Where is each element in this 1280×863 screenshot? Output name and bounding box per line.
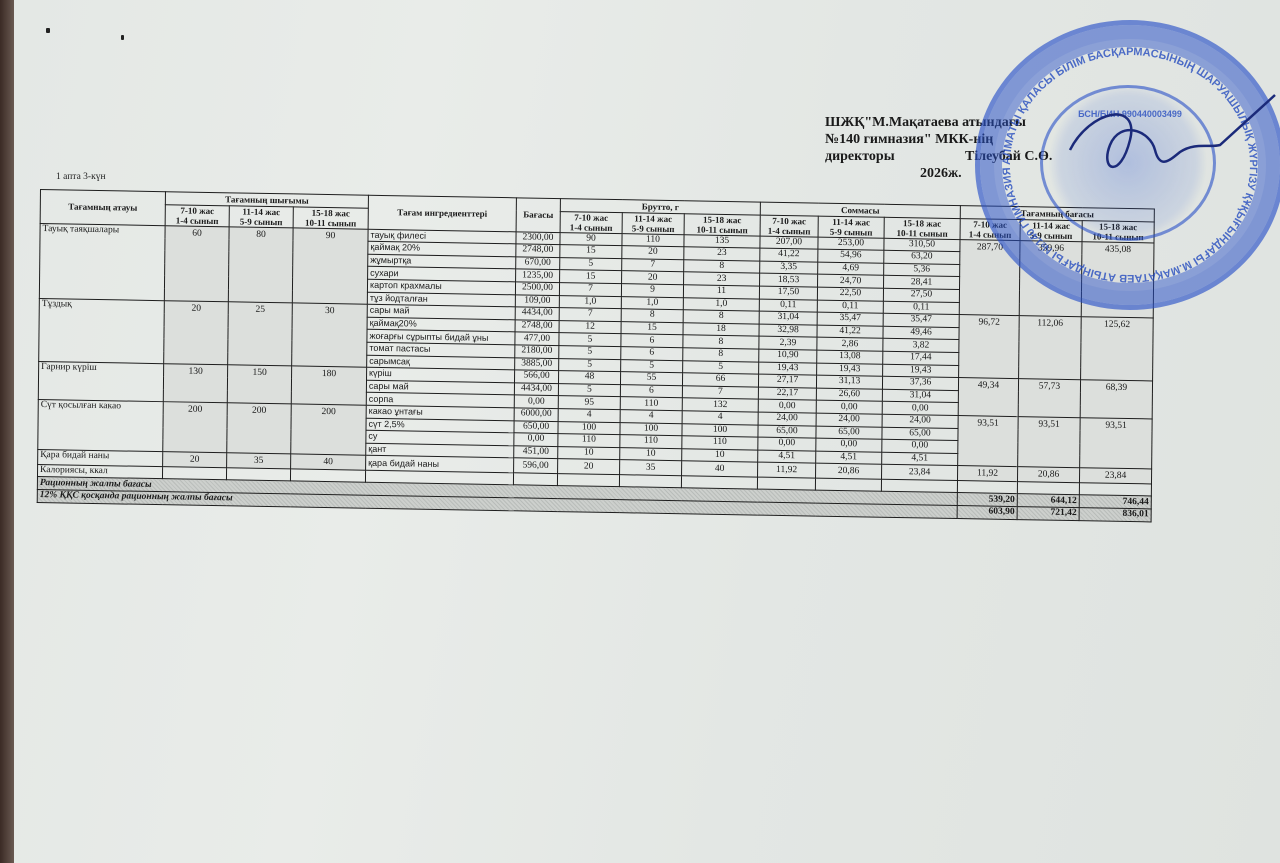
page-edge-shadow — [0, 0, 14, 863]
brutto-value: 95 — [558, 396, 620, 410]
age-group-header: 15-18 жас10-11 сынып — [293, 207, 368, 229]
dish-name: Тұздық — [39, 299, 165, 364]
sum-value: 4,51 — [816, 451, 882, 465]
sum-value: 13,08 — [817, 350, 883, 364]
ingredient-price: 4434,00 — [515, 307, 559, 320]
dish-yield: 30 — [292, 303, 368, 367]
sum-value: 17,50 — [759, 286, 817, 300]
punch-mark — [121, 35, 124, 40]
sum-value: 54,96 — [818, 249, 884, 263]
dish-cost: 96,72 — [959, 315, 1020, 379]
dish-yield: 90 — [292, 228, 368, 305]
dish-name: Сүт қосылған какао — [38, 399, 164, 452]
sum-value: 20,86 — [816, 463, 882, 479]
director-signature — [1060, 90, 1280, 200]
brutto-value: 6 — [621, 334, 683, 348]
sum-value: 0,00 — [758, 437, 816, 451]
sum-value: 41,22 — [817, 325, 883, 339]
brutto-value: 1,0 — [559, 295, 621, 309]
age-group-header: 15-18 жас10-11 сынып — [684, 213, 760, 235]
brutto-value: 48 — [558, 371, 620, 385]
dish-cost: 93,51 — [1080, 418, 1153, 470]
brutto-value: 1,0 — [621, 296, 683, 310]
calories-cell — [513, 473, 557, 486]
brutto-value: 10 — [558, 446, 620, 460]
col-ingredients: Тағам ингредиенттері — [368, 195, 516, 231]
brutto-value: 8 — [621, 309, 683, 323]
brutto-value: 5 — [559, 346, 621, 360]
dish-cost: 49,34 — [958, 378, 1018, 417]
week-day-label: 1 апта 3-күн — [56, 172, 106, 182]
brutto-value: 5 — [559, 333, 621, 347]
sum-value: 4,69 — [818, 262, 884, 276]
col-price: Бағасы — [516, 198, 560, 232]
sum-value: 65,00 — [816, 426, 882, 440]
ingredient-price: 0,00 — [514, 433, 558, 446]
age-group-header: 11-14 жас5-9 сынып — [818, 216, 884, 238]
brutto-value: 20 — [622, 246, 684, 260]
brutto-value: 4 — [558, 408, 620, 422]
sum-value: 3,35 — [760, 261, 818, 275]
ingredient-price: 0,00 — [514, 395, 558, 408]
sum-value: 23,84 — [882, 465, 958, 481]
ingredient-price: 596,00 — [514, 458, 558, 473]
dish-yield: 40 — [291, 454, 366, 470]
age-group-header: 7-10 жас1-4 сынып — [165, 204, 229, 226]
vat-total-value: 836,01 — [1079, 508, 1151, 522]
ingredient-price: 2748,00 — [516, 244, 560, 257]
dish-yield: 130 — [163, 364, 227, 403]
brutto-value: 55 — [620, 372, 682, 386]
dish-yield: 200 — [163, 402, 228, 453]
sum-value: 207,00 — [760, 236, 818, 250]
age-group-header: 7-10 жас1-4 сынып — [560, 211, 622, 233]
sum-value: 0,00 — [758, 399, 816, 413]
sum-value: 19,43 — [759, 362, 817, 376]
brutto-value: 7 — [622, 258, 684, 272]
ingredient-price: 451,00 — [514, 445, 558, 458]
brutto-value: 5 — [621, 359, 683, 373]
sum-value: 0,00 — [816, 438, 882, 452]
dish-name: Тауық таяқшалары — [39, 223, 165, 301]
ingredient-price: 3885,00 — [515, 357, 559, 370]
sum-value: 2,86 — [817, 337, 883, 351]
age-group-header: 7-10 жас1-4 сынып — [760, 215, 818, 237]
brutto-value: 4 — [620, 410, 682, 424]
brutto-value: 35 — [620, 460, 682, 476]
sum-value: 24,00 — [816, 413, 882, 427]
brutto-value: 110 — [620, 397, 682, 411]
dish-cost: 23,84 — [1079, 468, 1151, 484]
brutto-value: 110 — [620, 435, 682, 449]
age-group-header: 15-18 жас10-11 сынып — [884, 217, 960, 239]
brutto-value: 20 — [558, 459, 620, 475]
ingredient-price: 2300,00 — [516, 231, 560, 244]
brutto-value: 15 — [560, 245, 622, 259]
ingredient-price: 566,00 — [514, 370, 558, 383]
ingredient-price: 477,00 — [515, 332, 559, 345]
total-value: 644,12 — [1017, 494, 1079, 508]
punch-mark — [46, 28, 50, 33]
ingredient-price: 650,00 — [514, 420, 558, 433]
sum-value: 31,04 — [759, 311, 817, 325]
ingredient-price: 1235,00 — [516, 269, 560, 282]
calories-cell — [957, 480, 1017, 494]
vat-total-value: 603,90 — [957, 506, 1017, 520]
dish-yield: 20 — [164, 301, 229, 365]
dish-cost: 93,51 — [958, 415, 1019, 466]
sum-value: 31,13 — [816, 375, 882, 389]
vat-total-value: 721,42 — [1017, 507, 1079, 521]
ingredient-price: 4434,00 — [514, 383, 558, 396]
brutto-value: 5 — [559, 358, 621, 372]
sum-value: 10,90 — [759, 349, 817, 363]
ingredient-price: 2500,00 — [515, 282, 559, 295]
sum-value: 18,53 — [760, 273, 818, 287]
sum-value: 253,00 — [818, 237, 884, 251]
brutto-value: 7 — [559, 308, 621, 322]
brutto-value: 110 — [622, 233, 684, 247]
sum-value: 22,17 — [758, 387, 816, 401]
ingredient-price: 2180,00 — [515, 345, 559, 358]
dish-yield: 80 — [228, 226, 293, 303]
brutto-value: 5 — [558, 383, 620, 397]
dish-cost: 125,62 — [1081, 317, 1154, 381]
sum-value: 11,92 — [758, 462, 816, 478]
calories-cell — [1017, 481, 1079, 495]
sum-value: 32,98 — [759, 324, 817, 338]
dish-yield: 200 — [291, 404, 367, 456]
brutto-value: 12 — [559, 320, 621, 334]
sum-value: 0,11 — [759, 299, 817, 313]
dish-yield: 60 — [164, 225, 229, 302]
brutto-value: 100 — [558, 421, 620, 435]
brutto-value: 100 — [620, 422, 682, 436]
total-value: 539,20 — [957, 493, 1017, 507]
dish-cost: 57,73 — [1018, 379, 1080, 418]
dish-yield: 200 — [227, 403, 292, 454]
ingredient-price: 6000,00 — [514, 408, 558, 421]
brutto-value: 6 — [620, 384, 682, 398]
ingredient-price: 2748,00 — [515, 320, 559, 333]
brutto-value: 5 — [560, 257, 622, 271]
brutto-value: 110 — [558, 434, 620, 448]
dish-yield: 25 — [228, 302, 293, 366]
sum-value: 24,00 — [758, 412, 816, 426]
calories-cell — [619, 475, 681, 489]
ingredient-price: 670,00 — [516, 257, 560, 270]
calories-cell — [557, 473, 619, 487]
brutto-value: 7 — [559, 283, 621, 297]
ingredient-price: 109,00 — [515, 294, 559, 307]
dish-cost: 11,92 — [957, 466, 1017, 482]
calories-cell — [226, 468, 290, 482]
sum-value: 22,50 — [817, 287, 883, 301]
header-role: директоры — [825, 148, 965, 165]
calories-cell — [757, 477, 815, 491]
col-dish-name: Тағамның атауы — [40, 190, 165, 226]
dish-cost: 93,51 — [1018, 417, 1081, 468]
calories-cell — [815, 478, 881, 492]
dish-yield: 20 — [163, 452, 227, 468]
calories-cell — [1079, 483, 1151, 497]
calories-cell — [162, 467, 226, 481]
dish-cost: 20,86 — [1017, 467, 1079, 483]
sum-value: 0,11 — [817, 300, 883, 314]
brutto-value: 10 — [620, 447, 682, 461]
age-group-header: 11-14 жас5-9 сынып — [622, 212, 684, 234]
brutto-value: 90 — [560, 232, 622, 246]
sum-value: 26,60 — [816, 388, 882, 402]
dish-yield: 35 — [227, 453, 291, 469]
sum-value: 0,00 — [816, 400, 882, 414]
brutto-value: 15 — [621, 321, 683, 335]
sum-value: 2,39 — [759, 336, 817, 350]
sum-value: 35,47 — [817, 312, 883, 326]
brutto-value: 20 — [622, 271, 684, 285]
age-group-header: 11-14 жас5-9 сынып — [229, 205, 293, 227]
dish-yield: 150 — [227, 365, 291, 404]
brutto-value: 15 — [560, 270, 622, 284]
sum-value: 65,00 — [758, 425, 816, 439]
sum-value: 41,22 — [760, 248, 818, 262]
dish-yield: 180 — [291, 366, 366, 405]
total-value: 746,44 — [1079, 495, 1151, 509]
sum-value: 19,43 — [817, 363, 883, 377]
sum-value: 24,70 — [818, 274, 884, 288]
brutto-value: 40 — [682, 461, 758, 477]
dish-cost: 68,39 — [1080, 380, 1152, 419]
sum-value: 27,17 — [758, 374, 816, 388]
brutto-value: 6 — [621, 347, 683, 361]
brutto-value: 9 — [621, 284, 683, 298]
sum-value: 4,51 — [758, 450, 816, 464]
dish-cost: 112,06 — [1019, 316, 1082, 380]
dish-name: Гарнир күріш — [38, 362, 163, 402]
